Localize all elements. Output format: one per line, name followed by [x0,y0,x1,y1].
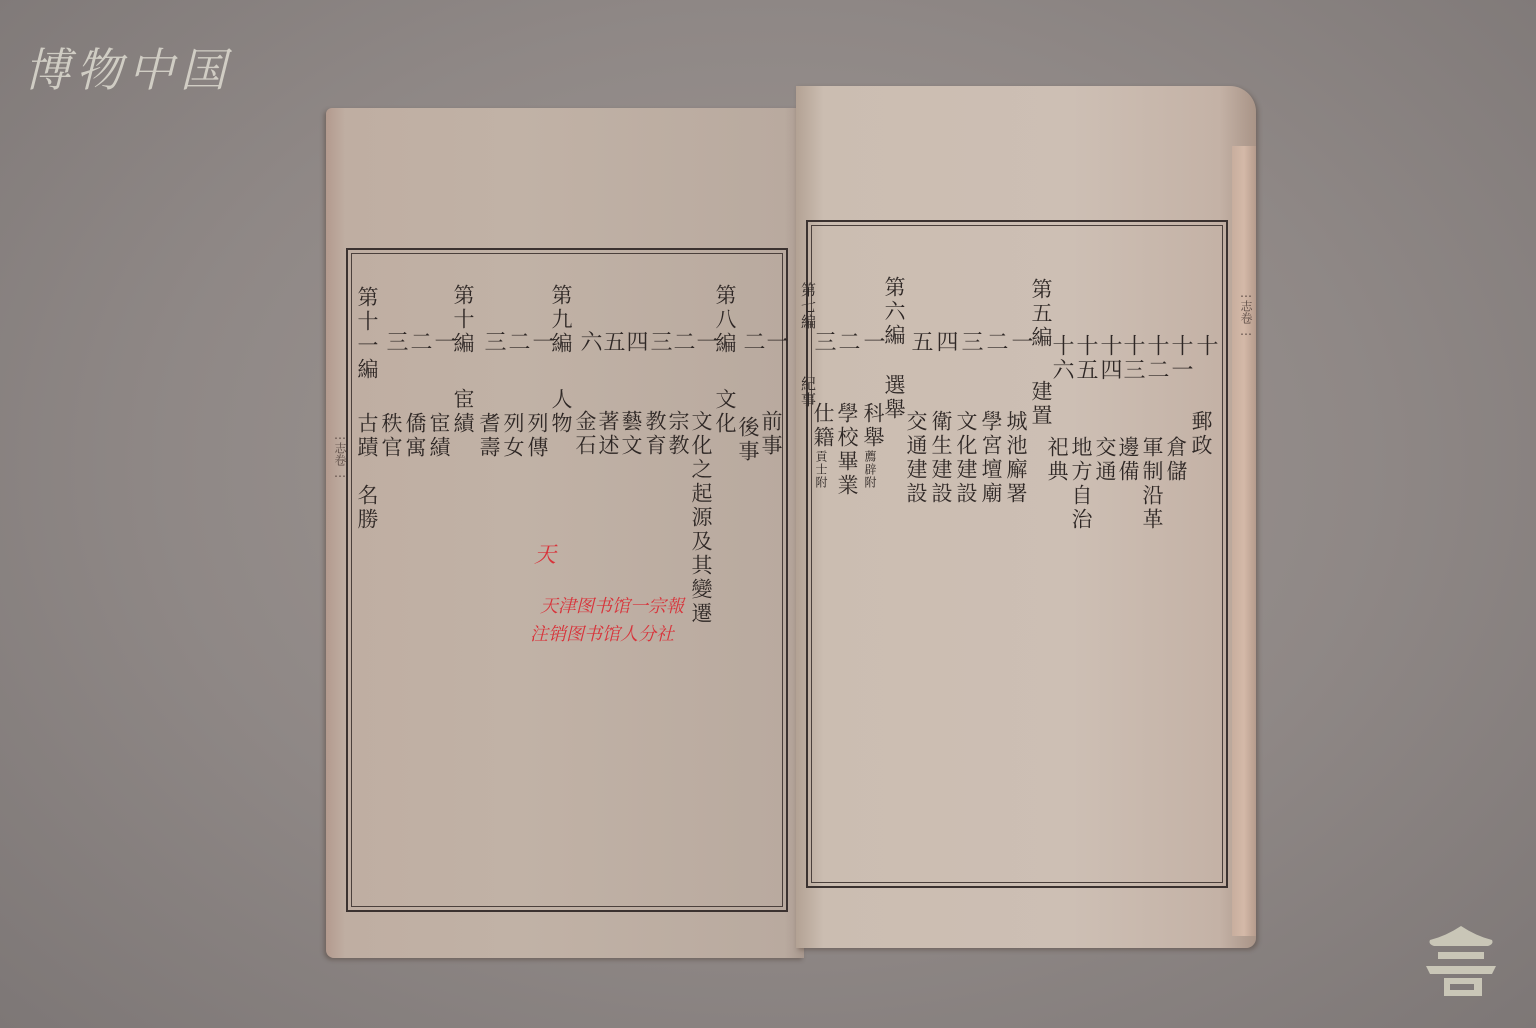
toc-title: 宦績 [428,412,449,460]
red-handwritten-char: 天 [534,538,556,569]
page-edge [1232,146,1256,936]
red-handwritten-line-1: 天津图书馆一宗報 [540,592,684,618]
chapter-title: 古蹟 名勝 [356,412,377,532]
red-handwritten-line-2: 注销图书馆人分社 [530,620,674,646]
chapter-title: 文化 [714,388,735,436]
toc-num: 六 [574,330,605,354]
toc-title: 後事 [737,416,758,464]
toc-title: 城池廨署 [1005,410,1026,506]
toc-title: 交通建設 [905,410,926,506]
toc-num: 三 [380,330,411,354]
toc-note: 薦辟附 [864,450,876,489]
toc-title: 金石 [574,410,595,458]
toc-num: 二 [737,330,768,354]
toc-title: 教育 [644,410,665,458]
chapter-title: 人物 [550,388,571,436]
right-page-frame [806,220,1228,888]
toc-title: 僑寓 [404,412,425,460]
chapter-heading: 第七編 [800,282,815,330]
toc-title: 文化之起源及其變遷 [690,410,711,626]
right-page-edge-title: …志卷… [1238,286,1255,338]
toc-title: 軍制沿革 [1141,436,1162,532]
chapter-heading: 第十一編 [356,286,377,382]
left-page: …志卷… [326,108,804,958]
toc-num: 五 [905,330,936,354]
toc-title: 郵政 [1190,410,1211,458]
watermark-text: 博物中国 [24,34,232,100]
chapter-title: 選舉 [883,374,904,422]
toc-title: 列傳 [526,412,547,460]
toc-title: 耆壽 [478,412,499,460]
toc-title: 地方自治 [1070,436,1091,532]
toc-title: 著述 [597,410,618,458]
toc-title: 交通 [1094,436,1115,484]
toc-title: 倉儲 [1165,436,1186,484]
toc-title: 邊備 [1117,436,1138,484]
toc-title: 科舉 [862,402,883,450]
toc-title: 祀典 [1046,436,1067,484]
toc-num: 三 [808,330,839,354]
toc-title: 文化建設 [955,410,976,506]
toc-title: 衛生建設 [930,410,951,506]
toc-title: 列女 [502,412,523,460]
chapter-title: 建置 [1030,380,1051,428]
toc-title: 秩官 [380,412,401,460]
toc-title: 學校畢業 [836,402,857,498]
toc-title: 藝文 [620,410,641,458]
toc-note: 貢士附 [815,450,827,489]
toc-title: 學宮壇廟 [980,410,1001,506]
open-book: …志卷… …志卷… [326,86,1256,960]
toc-title: 宗教 [667,410,688,458]
pavilion-logo-icon [1416,918,1506,1000]
right-page [796,86,1256,948]
toc-title: 前事 [760,410,781,458]
toc-num: 三 [478,330,509,354]
chapter-title: 紀事 [800,376,815,408]
chapter-title: 宦績 [452,388,473,436]
toc-title: 仕籍 [812,402,833,450]
